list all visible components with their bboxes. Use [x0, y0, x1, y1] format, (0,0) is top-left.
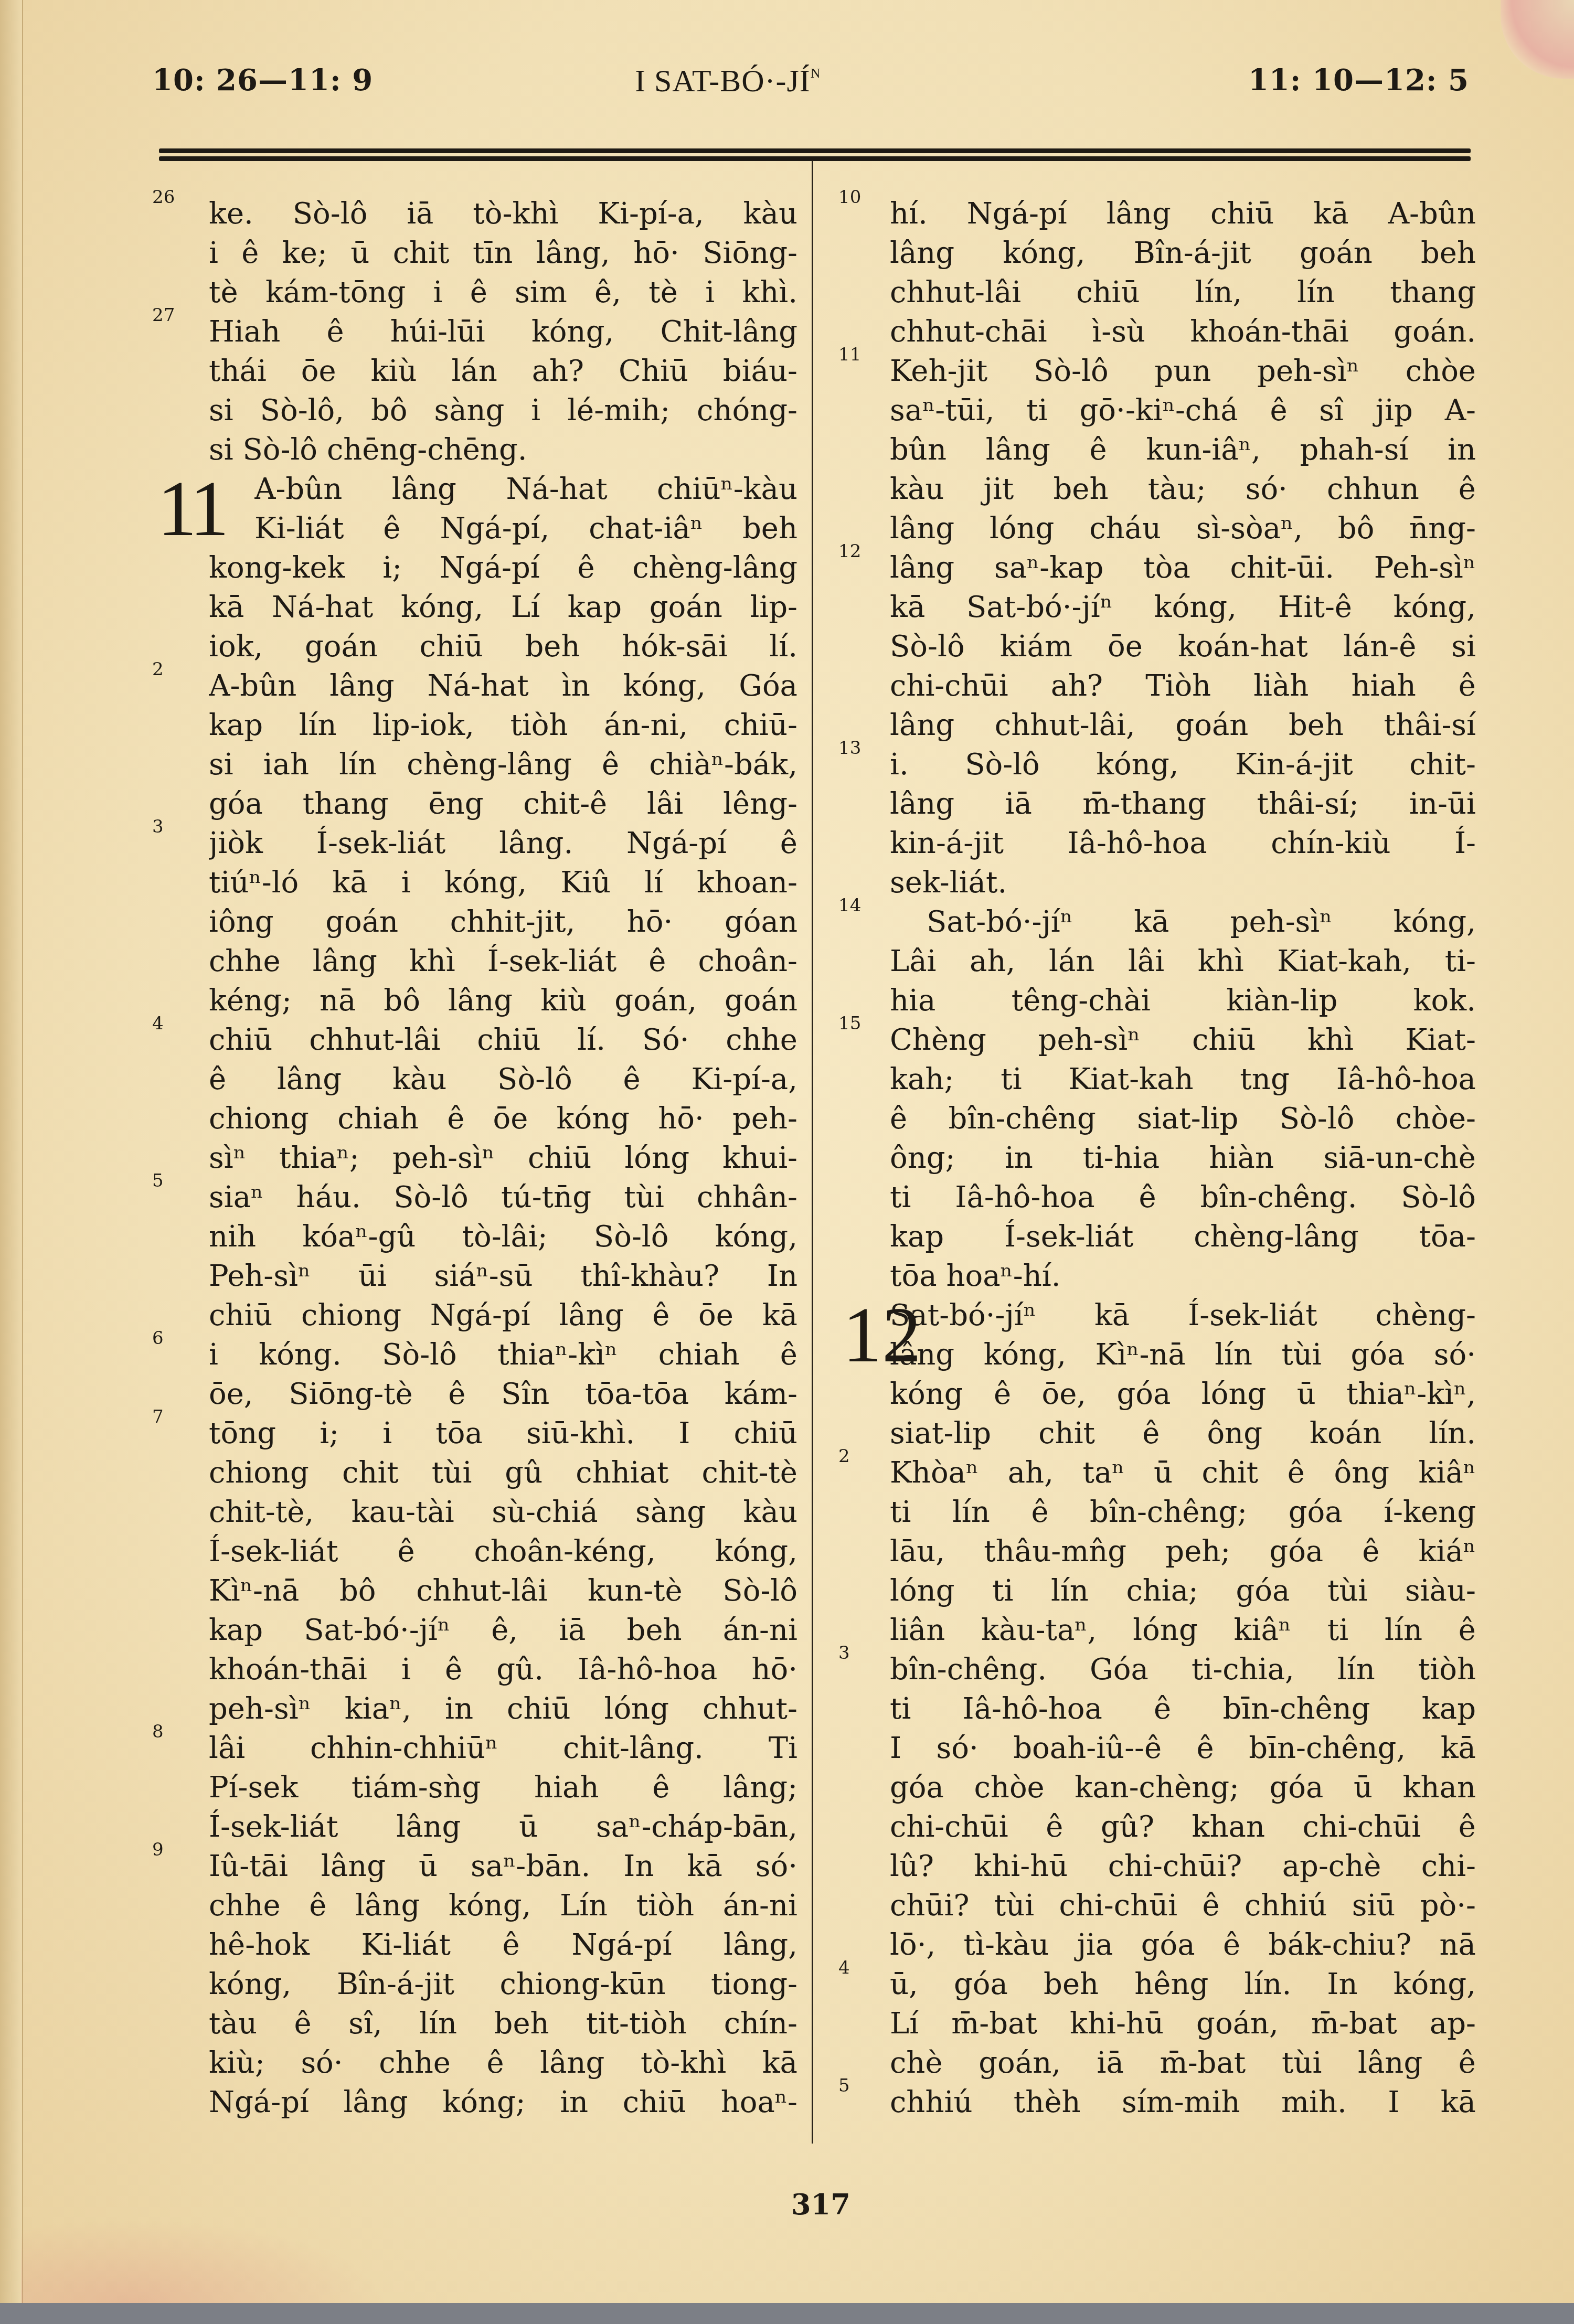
text-line: 15Chèng peh-sìⁿ chiū khì Kiat-: [838, 1020, 1476, 1060]
text-line: si Sò-lô chēng-chēng.: [152, 430, 797, 470]
text-line: tàu ê sî, lín beh tit-tiòh chín-: [152, 2004, 797, 2043]
verse-text: kong-kek i; Ngá-pí ê chèng-lâng: [209, 548, 797, 588]
text-line: chhe ê lâng kóng, Lín tiòh án-ni: [152, 1886, 797, 1925]
verse-text: ê bîn-chêng siat-lip Sò-lô chòe-: [890, 1099, 1476, 1138]
text-line: kóng ê ōe, góa lóng ū thiaⁿ-kìⁿ,: [838, 1374, 1476, 1414]
text-line: ti Iâ-hô-hoa ê bīn-chêng kap: [838, 1689, 1476, 1729]
text-line: chiong chiah ê ōe kóng hō· peh-: [152, 1099, 797, 1138]
verse-text: i kóng. Sò-lô thiaⁿ-kìⁿ chiah ê: [209, 1335, 797, 1374]
verse-number: 2: [838, 1446, 850, 1467]
text-line: 3jiòk Í-sek-liát lâng. Ngá-pí ê: [152, 824, 797, 863]
text-line: Í-sek-liát lâng ū saⁿ-cháp-bān,: [152, 1807, 797, 1847]
text-line: góa chòe kan-chèng; góa ū khan: [838, 1768, 1476, 1807]
verse-text: i. Sò-lô kóng, Kin-á-jit chit-: [890, 745, 1476, 784]
text-line: lâng kóng, Bîn-á-jit goán beh: [838, 233, 1476, 273]
verse-number: 14: [838, 895, 861, 916]
text-line: si Sò-lô, bô sàng i lé-mih; chóng-: [152, 391, 797, 430]
text-line: Ki-liát ê Ngá-pí, chat-iâⁿ beh: [152, 509, 797, 548]
verse-text: lâng kóng, Bîn-á-jit goán beh: [890, 233, 1476, 273]
text-line: kàu jit beh tàu; só· chhun ê: [838, 470, 1476, 509]
verse-text: ti lín ê bîn-chêng; góa í-keng: [890, 1493, 1476, 1532]
verse-text: ti Iâ-hô-hoa ê bîn-chêng. Sò-lô: [890, 1178, 1476, 1217]
header-left-range: 10: 26—11: 9: [152, 63, 373, 98]
verse-text: siaⁿ háu. Sò-lô tú-tn̄g tùi chhân-: [209, 1178, 797, 1217]
verse-number: 13: [838, 738, 861, 759]
verse-text: hí. Ngá-pí lâng chiū kā A-bûn: [890, 194, 1476, 233]
verse-text: peh-sìⁿ kiaⁿ, in chiū lóng chhut-: [209, 1689, 797, 1729]
verse-text: A-bûn lâng Ná-hat ìn kóng, Góa: [209, 666, 797, 706]
verse-text: kā Ná-hat kóng, Lí kap goán lip-: [209, 588, 797, 627]
verse-text: ông; in ti-hia hiàn siā-un-chè: [890, 1138, 1476, 1178]
verse-text: kap lín lip-iok, tiòh án-ni, chiū-: [209, 706, 797, 745]
verse-text: chit-tè, kau-tài sù-chiá sàng kàu: [209, 1493, 797, 1532]
verse-number: 4: [152, 1013, 164, 1034]
verse-text: liân kàu-taⁿ, lóng kiâⁿ ti lín ê: [890, 1611, 1476, 1650]
verse-number: 15: [838, 1013, 861, 1034]
text-line: 2Khòaⁿ ah, taⁿ ū chit ê ông kiâⁿ: [838, 1453, 1476, 1493]
verse-text: kah; ti Kiat-kah tng Iâ-hô-hoa: [890, 1060, 1476, 1099]
verse-text: Sat-bó·-jíⁿ kā Í-sek-liát chèng-: [890, 1296, 1476, 1335]
text-line: chè goán, iā m̄-bat tùi lâng ê: [838, 2043, 1476, 2083]
verse-text: ōe, Siōng-tè ê Sîn tōa-tōa kám-: [209, 1374, 797, 1414]
verse-text: hia têng-chài kiàn-lip kok.: [890, 981, 1476, 1020]
verse-text: bîn-chêng. Góa ti-chia, lín tiòh: [890, 1650, 1476, 1689]
verse-number: 12: [838, 541, 861, 562]
verse-text: saⁿ-tūi, ti gō·-kiⁿ-chá ê sî jip A-: [890, 391, 1476, 430]
text-line: hê-hok Ki-liát ê Ngá-pí lâng,: [152, 1925, 797, 1965]
verse-text: ti Iâ-hô-hoa ê bīn-chêng kap: [890, 1689, 1476, 1729]
verse-text: Peh-sìⁿ ūi siáⁿ-sū thî-khàu? In: [209, 1256, 797, 1296]
text-line: 11Keh-jit Sò-lô pun peh-sìⁿ chòe: [838, 351, 1476, 391]
page-bottom-stain: [21, 2219, 388, 2303]
text-line: 13i. Sò-lô kóng, Kin-á-jit chit-: [838, 745, 1476, 784]
text-line: ti lín ê bîn-chêng; góa í-keng: [838, 1493, 1476, 1532]
verse-text: thái ōe kiù lán ah? Chiū biáu-: [209, 351, 797, 391]
text-line: liân kàu-taⁿ, lóng kiâⁿ ti lín ê: [838, 1611, 1476, 1650]
verse-text: kā Sat-bó·-jíⁿ kóng, Hit-ê kóng,: [890, 588, 1476, 627]
text-line: si iah lín chèng-lâng ê chiàⁿ-bák,: [152, 745, 797, 784]
verse-text: tàu ê sî, lín beh tit-tiòh chín-: [209, 2004, 797, 2043]
verse-text: iok, goán chiū beh hók-sāi lí.: [209, 627, 797, 666]
text-line: Pí-sek tiám-sǹg hiah ê lâng;: [152, 1768, 797, 1807]
text-line: góa thang ēng chit-ê lâi lêng-: [152, 784, 797, 824]
verse-text: chiū chhut-lâi chiū lí. Só· chhe: [209, 1020, 797, 1060]
text-line: sìⁿ thiaⁿ; peh-sìⁿ chiū lóng khui-: [152, 1138, 797, 1178]
verse-number: 8: [152, 1721, 164, 1742]
text-line: tiúⁿ-ló kā i kóng, Kiû lí khoan-: [152, 863, 797, 902]
text-line: chiong chit tùi gû chhiat chit-tè: [152, 1453, 797, 1493]
verse-number: 3: [152, 816, 164, 837]
verse-number: 7: [152, 1406, 164, 1427]
header-rule-bottom: [159, 156, 1471, 161]
text-line: kā Ná-hat kóng, Lí kap goán lip-: [152, 588, 797, 627]
verse-text: lóng ti lín chia; góa tùi siàu-: [890, 1571, 1476, 1611]
verse-text: khoán-thāi i ê gû. Iâ-hô-hoa hō·: [209, 1650, 797, 1689]
text-line: sek-liát.: [838, 863, 1476, 902]
text-line: 4ū, góa beh hêng lín. In kóng,: [838, 1965, 1476, 2004]
verse-text: tiúⁿ-ló kā i kóng, Kiû lí khoan-: [209, 863, 797, 902]
text-line: ōe, Siōng-tè ê Sîn tōa-tōa kám-: [152, 1374, 797, 1414]
text-line: iok, goán chiū beh hók-sāi lí.: [152, 627, 797, 666]
verse-text: Sò-lô kiám ōe koán-hat lán-ê si: [890, 627, 1476, 666]
text-line: i ê ke; ū chit tīn lâng, hō· Siōng-: [152, 233, 797, 273]
text-line: bûn lâng ê kun-iâⁿ, phah-sí in: [838, 430, 1476, 470]
header-book-title: I SAT-BÓ·-JÍN: [635, 63, 821, 99]
verse-text: ū, góa beh hêng lín. In kóng,: [890, 1965, 1476, 2004]
verse-text: kap Í-sek-liát chèng-lâng tōa-: [890, 1217, 1476, 1256]
verse-text: si iah lín chèng-lâng ê chiàⁿ-bák,: [209, 745, 797, 784]
text-line: 6i kóng. Sò-lô thiaⁿ-kìⁿ chiah ê: [152, 1335, 797, 1374]
verse-text: i ê ke; ū chit tīn lâng, hō· Siōng-: [209, 233, 797, 273]
verse-text: chhe lâng khì Í-sek-liát ê choân-: [209, 942, 797, 981]
verse-text: lâng kóng, Kìⁿ-nā lín tùi góa só·: [890, 1335, 1476, 1374]
verse-text: chhut-lâi chiū lín, lín thang: [890, 273, 1476, 312]
verse-text: Í-sek-liát lâng ū saⁿ-cháp-bān,: [209, 1807, 797, 1847]
verse-text: tōa hoaⁿ-hí.: [890, 1256, 1476, 1296]
verse-text: kéng; nā bô lâng kiù goán, goán: [209, 981, 797, 1020]
text-line: ti Iâ-hô-hoa ê bîn-chêng. Sò-lô: [838, 1178, 1476, 1217]
verse-text: kiù; só· chhe ê lâng tò-khì kā: [209, 2043, 797, 2083]
verse-number: 9: [152, 1839, 164, 1860]
text-line: siat-lip chit ê ông koán lín.: [838, 1414, 1476, 1453]
book-gutter: [0, 0, 23, 2324]
right-column: 10hí. Ngá-pí lâng chiū kā A-bûnlâng kóng…: [838, 194, 1476, 2122]
text-line: I só· boah-iû--ê ê bīn-chêng, kā: [838, 1729, 1476, 1768]
verse-text: lâng saⁿ-kap tòa chit-ūi. Peh-sìⁿ: [890, 548, 1476, 588]
verse-text: jiòk Í-sek-liát lâng. Ngá-pí ê: [209, 824, 797, 863]
text-line: chhut-lâi chiū lín, lín thang: [838, 273, 1476, 312]
verse-number: 10: [838, 187, 861, 208]
verse-text: tè kám-tōng i ê sim ê, tè i khì.: [209, 273, 797, 312]
verse-text: A-bûn lâng Ná-hat chiūⁿ-kàu: [254, 470, 797, 509]
text-line: kiù; só· chhe ê lâng tò-khì kā: [152, 2043, 797, 2083]
verse-text: Lâi ah, lán lâi khì Kiat-kah, ti-: [890, 942, 1476, 981]
text-line: 10hí. Ngá-pí lâng chiū kā A-bûn: [838, 194, 1476, 233]
text-line: lâng chhut-lâi, goán beh thâi-sí: [838, 706, 1476, 745]
text-line: lóng ti lín chia; góa tùi siàu-: [838, 1571, 1476, 1611]
text-line: 12Sat-bó·-jíⁿ kā Í-sek-liát chèng-: [838, 1296, 1476, 1335]
text-line: 5chhiú thèh sím-mih mih. I kā: [838, 2083, 1476, 2122]
text-line: lâng lóng cháu sì-sòaⁿ, bô n̄ng-: [838, 509, 1476, 548]
verse-text: Kìⁿ-nā bô chhut-lâi kun-tè Sò-lô: [209, 1571, 797, 1611]
text-line: kap Í-sek-liát chèng-lâng tōa-: [838, 1217, 1476, 1256]
text-line: Ngá-pí lâng kóng; in chiū hoaⁿ-: [152, 2083, 797, 2122]
text-line: chiū chiong Ngá-pí lâng ê ōe kā: [152, 1296, 797, 1335]
text-line: kong-kek i; Ngá-pí ê chèng-lâng: [152, 548, 797, 588]
text-line: kap Sat-bó·-jíⁿ ê, iā beh án-ni: [152, 1611, 797, 1650]
text-line: khoán-thāi i ê gû. Iâ-hô-hoa hō·: [152, 1650, 797, 1689]
verse-text: Sat-bó·-jíⁿ kā peh-sìⁿ kóng,: [890, 902, 1476, 942]
text-line: lâng iā m̄-thang thâi-sí; in-ūi: [838, 784, 1476, 824]
verse-text: chiong chit tùi gû chhiat chit-tè: [209, 1453, 797, 1493]
verse-number: 5: [152, 1170, 164, 1191]
verse-text: lâng lóng cháu sì-sòaⁿ, bô n̄ng-: [890, 509, 1476, 548]
verse-text: tōng i; i tōa siū-khì. I chiū: [209, 1414, 797, 1453]
verse-number: 5: [838, 2075, 850, 2096]
text-line: Í-sek-liát ê choân-kéng, kóng,: [152, 1532, 797, 1571]
verse-text: ê lâng kàu Sò-lô ê Ki-pí-a,: [209, 1060, 797, 1099]
text-line: 3bîn-chêng. Góa ti-chia, lín tiòh: [838, 1650, 1476, 1689]
book-title-text: I SAT-BÓ·-JÍ: [635, 63, 811, 98]
verse-number: 26: [152, 187, 175, 208]
verse-number: 11: [838, 344, 861, 365]
verse-text: lâng chhut-lâi, goán beh thâi-sí: [890, 706, 1476, 745]
verse-text: iông goán chhit-jit, hō· góan: [209, 902, 797, 942]
text-line: kéng; nā bô lâng kiù goán, goán: [152, 981, 797, 1020]
verse-text: kóng, Bîn-á-jit chiong-kūn tiong-: [209, 1965, 797, 2004]
verse-text: chhut-chāi ì-sù khoán-thāi goán.: [890, 312, 1476, 351]
verse-text: siat-lip chit ê ông koán lín.: [890, 1414, 1476, 1453]
verse-text: chi-chūi ah? Tiòh liàh hiah ê: [890, 666, 1476, 706]
left-column: 26ke. Sò-lô iā tò-khì Ki-pí-a, kàui ê ke…: [152, 194, 797, 2122]
text-line: lō·, tì-kàu jia góa ê bák-chiu? nā: [838, 1925, 1476, 1965]
text-line: chi-chūi ah? Tiòh liàh hiah ê: [838, 666, 1476, 706]
verse-text: góa thang ēng chit-ê lâi lêng-: [209, 784, 797, 824]
column-divider: [812, 161, 813, 2144]
verse-text: si Sò-lô, bô sàng i lé-mih; chóng-: [209, 391, 797, 430]
verse-number: 6: [152, 1328, 164, 1349]
header-right-range: 11: 10—12: 5: [1248, 63, 1469, 98]
text-line: chi-chūi ê gû? khan chi-chūi ê: [838, 1807, 1476, 1847]
verse-text: Hiah ê húi-lūi kóng, Chit-lâng: [209, 312, 797, 351]
verse-text: chūi? tùi chi-chūi ê chhiú siū pò·-: [890, 1886, 1476, 1925]
text-line: tè kám-tōng i ê sim ê, tè i khì.: [152, 273, 797, 312]
verse-text: sìⁿ thiaⁿ; peh-sìⁿ chiū lóng khui-: [209, 1138, 797, 1178]
verse-number: 27: [152, 305, 175, 326]
text-line: lāu, thâu-mn̂g peh; góa ê kiáⁿ: [838, 1532, 1476, 1571]
text-line: Peh-sìⁿ ūi siáⁿ-sū thî-khàu? In: [152, 1256, 797, 1296]
text-line: kah; ti Kiat-kah tng Iâ-hô-hoa: [838, 1060, 1476, 1099]
text-line: 26ke. Sò-lô iā tò-khì Ki-pí-a, kàu: [152, 194, 797, 233]
verse-text: lâi chhin-chhiūⁿ chit-lâng. Ti: [209, 1729, 797, 1768]
text-line: ê lâng kàu Sò-lô ê Ki-pí-a,: [152, 1060, 797, 1099]
text-line: 8lâi chhin-chhiūⁿ chit-lâng. Ti: [152, 1729, 797, 1768]
text-line: 7tōng i; i tōa siū-khì. I chiū: [152, 1414, 797, 1453]
text-line: saⁿ-tūi, ti gō·-kiⁿ-chá ê sî jip A-: [838, 391, 1476, 430]
text-line: nih kóaⁿ-gû tò-lâi; Sò-lô kóng,: [152, 1217, 797, 1256]
text-line: 9Iû-tāi lâng ū saⁿ-bān. In kā só·: [152, 1847, 797, 1886]
verse-text: kóng ê ōe, góa lóng ū thiaⁿ-kìⁿ,: [890, 1374, 1476, 1414]
verse-text: Í-sek-liát ê choân-kéng, kóng,: [209, 1532, 797, 1571]
verse-text: nih kóaⁿ-gû tò-lâi; Sò-lô kóng,: [209, 1217, 797, 1256]
verse-text: Keh-jit Sò-lô pun peh-sìⁿ chòe: [890, 351, 1476, 391]
text-line: chit-tè, kau-tài sù-chiá sàng kàu: [152, 1493, 797, 1532]
verse-text: chè goán, iā m̄-bat tùi lâng ê: [890, 2043, 1476, 2083]
verse-number: 2: [152, 659, 164, 680]
verse-text: Chèng peh-sìⁿ chiū khì Kiat-: [890, 1020, 1476, 1060]
page-number: 317: [791, 2188, 850, 2221]
verse-text: chi-chūi ê gû? khan chi-chūi ê: [890, 1807, 1476, 1847]
verse-text: chiū chiong Ngá-pí lâng ê ōe kā: [209, 1296, 797, 1335]
text-line: iông goán chhit-jit, hō· góan: [152, 902, 797, 942]
text-line: kin-á-jit Iâ-hô-hoa chín-kiù Í-: [838, 824, 1476, 863]
verse-text: góa chòe kan-chèng; góa ū khan: [890, 1768, 1476, 1807]
text-line: lâng kóng, Kìⁿ-nā lín tùi góa só·: [838, 1335, 1476, 1374]
text-line: kap lín lip-iok, tiòh án-ni, chiū-: [152, 706, 797, 745]
text-line: 2A-bûn lâng Ná-hat ìn kóng, Góa: [152, 666, 797, 706]
text-line: ê bîn-chêng siat-lip Sò-lô chòe-: [838, 1099, 1476, 1138]
verse-text: hê-hok Ki-liát ê Ngá-pí lâng,: [209, 1925, 797, 1965]
scanner-background: [0, 2303, 1574, 2324]
verse-text: ke. Sò-lô iā tò-khì Ki-pí-a, kàu: [209, 194, 797, 233]
text-line: 5siaⁿ háu. Sò-lô tú-tn̄g tùi chhân-: [152, 1178, 797, 1217]
text-line: chhe lâng khì Í-sek-liát ê choân-: [152, 942, 797, 981]
text-line: 4chiū chhut-lâi chiū lí. Só· chhe: [152, 1020, 797, 1060]
verse-text: lû? khi-hū chi-chūi? ap-chè chi-: [890, 1847, 1476, 1886]
text-line: thái ōe kiù lán ah? Chiū biáu-: [152, 351, 797, 391]
text-line: Kìⁿ-nā bô chhut-lâi kun-tè Sò-lô: [152, 1571, 797, 1611]
text-line: hia têng-chài kiàn-lip kok.: [838, 981, 1476, 1020]
text-line: 14Sat-bó·-jíⁿ kā peh-sìⁿ kóng,: [838, 902, 1476, 942]
verse-text: bûn lâng ê kun-iâⁿ, phah-sí in: [890, 430, 1476, 470]
text-line: Lí m̄-bat khi-hū goán, m̄-bat ap-: [838, 2004, 1476, 2043]
header-rule-top: [159, 148, 1471, 153]
verse-text: Ki-liát ê Ngá-pí, chat-iâⁿ beh: [254, 509, 797, 548]
text-line: ông; in ti-hia hiàn siā-un-chè: [838, 1138, 1476, 1178]
verse-text: lāu, thâu-mn̂g peh; góa ê kiáⁿ: [890, 1532, 1476, 1571]
verse-text: Lí m̄-bat khi-hū goán, m̄-bat ap-: [890, 2004, 1476, 2043]
verse-text: sek-liát.: [890, 863, 1476, 902]
verse-text: chhe ê lâng kóng, Lín tiòh án-ni: [209, 1886, 797, 1925]
text-line: tōa hoaⁿ-hí.: [838, 1256, 1476, 1296]
text-line: kóng, Bîn-á-jit chiong-kūn tiong-: [152, 1965, 797, 2004]
text-line: chūi? tùi chi-chūi ê chhiú siū pò·-: [838, 1886, 1476, 1925]
verse-text: chiong chiah ê ōe kóng hō· peh-: [209, 1099, 797, 1138]
text-line: Sò-lô kiám ōe koán-hat lán-ê si: [838, 627, 1476, 666]
text-line: kā Sat-bó·-jíⁿ kóng, Hit-ê kóng,: [838, 588, 1476, 627]
verse-text: lō·, tì-kàu jia góa ê bák-chiu? nā: [890, 1925, 1476, 1965]
verse-text: Ngá-pí lâng kóng; in chiū hoaⁿ-: [209, 2083, 797, 2122]
verse-text: si Sò-lô chēng-chēng.: [209, 430, 797, 470]
text-line: 12lâng saⁿ-kap tòa chit-ūi. Peh-sìⁿ: [838, 548, 1476, 588]
verse-number: 4: [838, 1957, 850, 1978]
text-line: 27Hiah ê húi-lūi kóng, Chit-lâng: [152, 312, 797, 351]
verse-text: Khòaⁿ ah, taⁿ ū chit ê ông kiâⁿ: [890, 1453, 1476, 1493]
text-line: peh-sìⁿ kiaⁿ, in chiū lóng chhut-: [152, 1689, 797, 1729]
text-line: Lâi ah, lán lâi khì Kiat-kah, ti-: [838, 942, 1476, 981]
verse-text: kin-á-jit Iâ-hô-hoa chín-kiù Í-: [890, 824, 1476, 863]
verse-text: lâng iā m̄-thang thâi-sí; in-ūi: [890, 784, 1476, 824]
verse-text: Iû-tāi lâng ū saⁿ-bān. In kā só·: [209, 1847, 797, 1886]
running-header: 10: 26—11: 9 I SAT-BÓ·-JÍN 11: 10—12: 5: [152, 63, 1469, 105]
text-line: lû? khi-hū chi-chūi? ap-chè chi-: [838, 1847, 1476, 1886]
verse-text: kap Sat-bó·-jíⁿ ê, iā beh án-ni: [209, 1611, 797, 1650]
verse-number: 3: [838, 1643, 850, 1664]
book-title-superscript: N: [811, 66, 821, 81]
verse-text: kàu jit beh tàu; só· chhun ê: [890, 470, 1476, 509]
verse-text: Pí-sek tiám-sǹg hiah ê lâng;: [209, 1768, 797, 1807]
verse-text: chhiú thèh sím-mih mih. I kā: [890, 2083, 1476, 2122]
verse-text: I só· boah-iû--ê ê bīn-chêng, kā: [890, 1729, 1476, 1768]
text-line: 11A-bûn lâng Ná-hat chiūⁿ-kàu: [152, 470, 797, 509]
text-line: chhut-chāi ì-sù khoán-thāi goán.: [838, 312, 1476, 351]
